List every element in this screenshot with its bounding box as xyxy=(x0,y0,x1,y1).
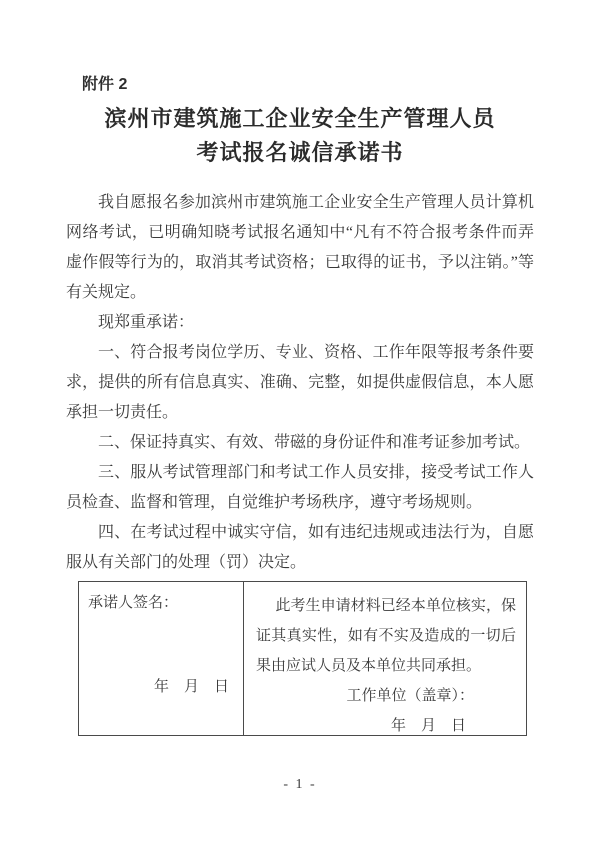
body-paragraph-item-3: 三、服从考试管理部门和考试工作人员安排，接受考试工作人员检查、监督和管理，自觉维… xyxy=(66,458,534,518)
document-page: 附件 2 滨州市建筑施工企业安全生产管理人员 考试报名诚信承诺书 我自愿报名参加… xyxy=(0,0,600,848)
document-title: 滨州市建筑施工企业安全生产管理人员 考试报名诚信承诺书 xyxy=(66,102,534,170)
employer-date-line: 年 月 日 xyxy=(256,711,516,741)
body-paragraph-item-1: 一、符合报考岗位学历、专业、资格、工作年限等报考条件要求，提供的所有信息真实、准… xyxy=(66,338,534,428)
employer-verification-statement: 此考生申请材料已经本单位核实，保证其真实性，如有不实及造成的一切后果由应试人员及… xyxy=(256,591,516,681)
signer-cell: 承诺人签名： 年 月 日 xyxy=(79,582,244,735)
body-paragraph-item-2: 二、保证持真实、有效、带磁的身份证件和准考证参加考试。 xyxy=(66,428,534,458)
employer-cell: 此考生申请材料已经本单位核实，保证其真实性，如有不实及造成的一切后果由应试人员及… xyxy=(244,582,526,735)
body-paragraph-intro: 我自愿报名参加滨州市建筑施工企业安全生产管理人员计算机网络考试，已明确知晓考试报… xyxy=(66,188,534,308)
document-body: 我自愿报名参加滨州市建筑施工企业安全生产管理人员计算机网络考试，已明确知晓考试报… xyxy=(66,188,534,578)
signer-signature-label: 承诺人签名： xyxy=(88,591,235,615)
page-number: - 1 - xyxy=(66,776,534,794)
employer-unit-stamp-label: 工作单位（盖章）： xyxy=(256,681,516,711)
document-content: 附件 2 滨州市建筑施工企业安全生产管理人员 考试报名诚信承诺书 我自愿报名参加… xyxy=(0,0,600,794)
signer-date-line: 年 月 日 xyxy=(88,675,235,699)
body-paragraph-item-4: 四、在考试过程中诚实守信，如有违纪违规或违法行为，自愿服从有关部门的处理（罚）决… xyxy=(66,518,534,578)
signature-table: 承诺人签名： 年 月 日 此考生申请材料已经本单位核实，保证其真实性，如有不实及… xyxy=(78,581,527,736)
attachment-label: 附件 2 xyxy=(66,74,534,96)
document-title-line-2: 考试报名诚信承诺书 xyxy=(66,136,534,170)
body-paragraph-pledge-heading: 现郑重承诺： xyxy=(66,308,534,338)
document-title-line-1: 滨州市建筑施工企业安全生产管理人员 xyxy=(66,102,534,136)
